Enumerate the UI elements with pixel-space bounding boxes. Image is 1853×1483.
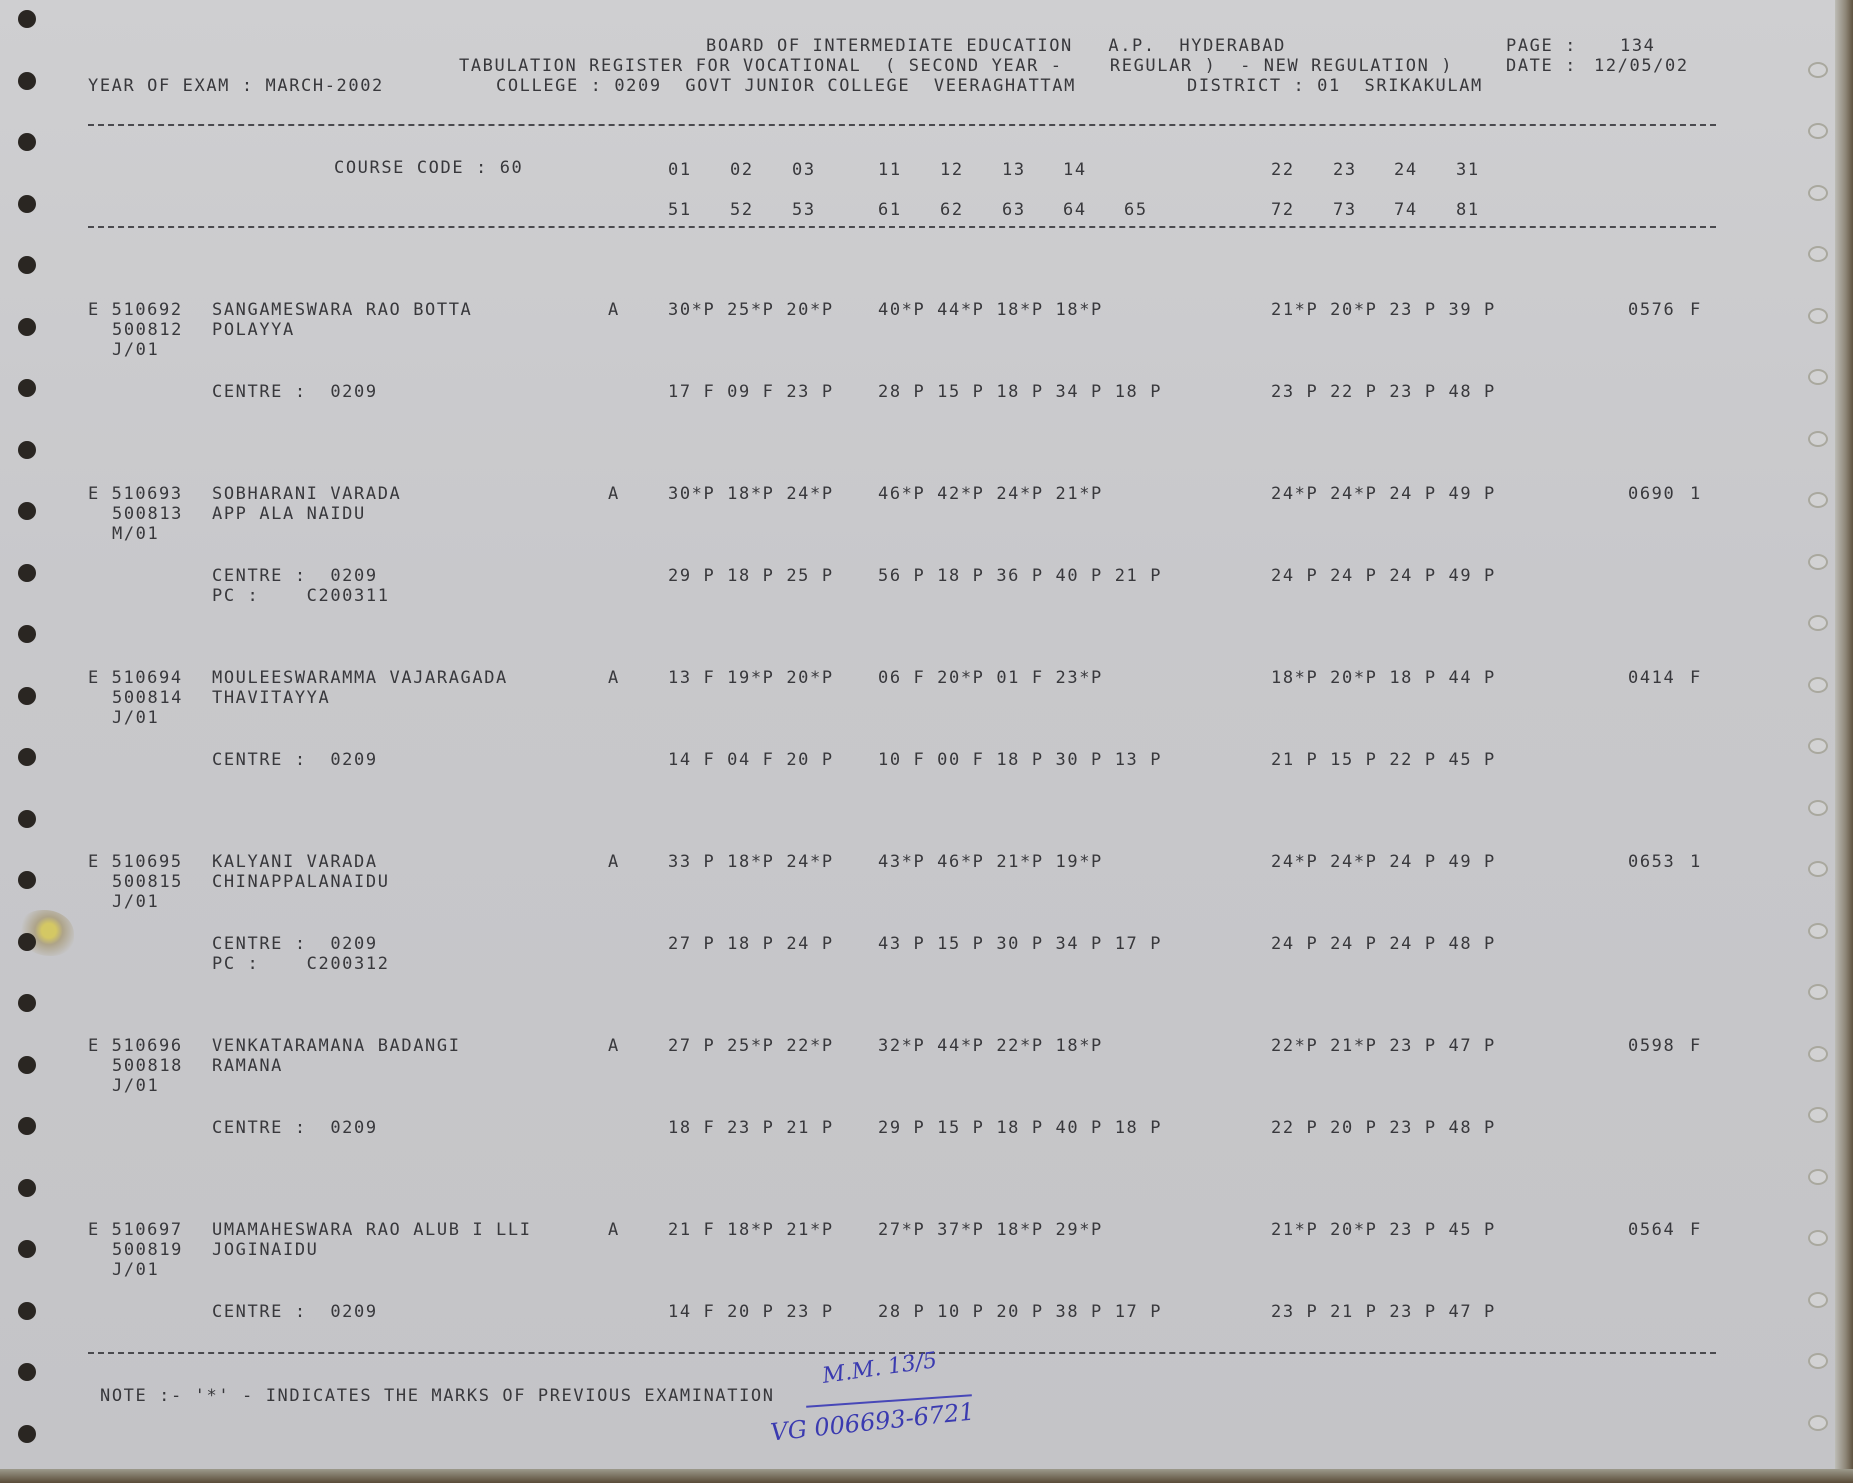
medium: A: [608, 484, 620, 504]
marks-group-3: 24 P 24 P 24 P 49 P: [1271, 566, 1496, 586]
result-code: 1: [1690, 852, 1702, 872]
grand-total: 0564: [1628, 1220, 1675, 1240]
student-name: KALYANI VARADA: [212, 852, 378, 872]
sprocket-hole-left: [18, 1363, 36, 1381]
sprocket-hole-right: [1808, 984, 1828, 1000]
result-code: 1: [1690, 484, 1702, 504]
subject-code: 62: [940, 200, 964, 220]
subject-code: 03: [792, 160, 816, 180]
sprocket-hole-left: [18, 1117, 36, 1135]
marks-group-1: 27 P 25*P 22*P: [668, 1036, 834, 1056]
sprocket-hole-left: [18, 933, 36, 951]
centre-code: CENTRE : 0209: [212, 934, 378, 954]
result-code: F: [1690, 1036, 1702, 1056]
subject-code: 12: [940, 160, 964, 180]
category-code: J/01: [112, 1076, 159, 1096]
hall-ticket-number: E 510694: [88, 668, 183, 688]
marks-group-2: 10 F 00 F 18 P 30 P 13 P: [878, 750, 1162, 770]
sprocket-hole-left: [18, 810, 36, 828]
marks-group-2: 43 P 15 P 30 P 34 P 17 P: [878, 934, 1162, 954]
parent-name: CHINAPPALANAIDU: [212, 872, 390, 892]
marks-group-2: 40*P 44*P 18*P 18*P: [878, 300, 1103, 320]
marks-group-3: 21 P 15 P 22 P 45 P: [1271, 750, 1496, 770]
subject-code: 64: [1063, 200, 1087, 220]
medium: A: [608, 1036, 620, 1056]
subject-code: 65: [1124, 200, 1148, 220]
marks-group-3: 22*P 21*P 23 P 47 P: [1271, 1036, 1496, 1056]
marks-group-1: 14 F 04 F 20 P: [668, 750, 834, 770]
sprocket-hole-right: [1808, 923, 1828, 939]
sprocket-hole-right: [1808, 369, 1828, 385]
sprocket-hole-right: [1808, 861, 1828, 877]
parent-name: JOGINAIDU: [212, 1240, 319, 1260]
marks-group-1: 21 F 18*P 21*P: [668, 1220, 834, 1240]
marks-group-1: 30*P 18*P 24*P: [668, 484, 834, 504]
subject-code: 52: [730, 200, 754, 220]
category-code: J/01: [112, 708, 159, 728]
grand-total: 0576: [1628, 300, 1675, 320]
marks-group-2: 32*P 44*P 22*P 18*P: [878, 1036, 1103, 1056]
sprocket-hole-left: [18, 1179, 36, 1197]
college-info: COLLEGE : 0209 GOVT JUNIOR COLLEGE VEERA…: [496, 76, 1076, 96]
sprocket-hole-left: [18, 195, 36, 213]
sprocket-hole-right: [1808, 431, 1828, 447]
subject-code: 23: [1333, 160, 1357, 180]
registration-number: 500813: [112, 504, 183, 524]
sprocket-hole-left: [18, 10, 36, 28]
marks-group-1: 29 P 18 P 25 P: [668, 566, 834, 586]
student-name: UMAMAHESWARA RAO ALUB I LLI: [212, 1220, 532, 1240]
registration-number: 500819: [112, 1240, 183, 1260]
subject-code: 63: [1002, 200, 1026, 220]
marks-group-2: 06 F 20*P 01 F 23*P: [878, 668, 1103, 688]
sprocket-hole-left: [18, 564, 36, 582]
registration-number: 500818: [112, 1056, 183, 1076]
sprocket-hole-right: [1808, 1107, 1828, 1123]
handwritten-ref-range: VG 006693-6721: [769, 1397, 976, 1446]
student-name: MOULEESWARAMMA VAJARAGADA: [212, 668, 508, 688]
marks-group-3: 24*P 24*P 24 P 49 P: [1271, 484, 1496, 504]
sprocket-hole-left: [18, 256, 36, 274]
subject-code: 72: [1271, 200, 1295, 220]
category-code: J/01: [112, 340, 159, 360]
category-code: M/01: [112, 524, 159, 544]
medium: A: [608, 668, 620, 688]
sprocket-hole-left: [18, 1056, 36, 1074]
centre-code: CENTRE : 0209: [212, 750, 378, 770]
marks-group-2: 43*P 46*P 21*P 19*P: [878, 852, 1103, 872]
marks-group-2: 46*P 42*P 24*P 21*P: [878, 484, 1103, 504]
marks-group-2: 56 P 18 P 36 P 40 P 21 P: [878, 566, 1162, 586]
page-label: PAGE :: [1506, 36, 1577, 56]
sprocket-hole-right: [1808, 1353, 1828, 1369]
centre-code: CENTRE : 0209: [212, 1302, 378, 1322]
marks-group-1: 13 F 19*P 20*P: [668, 668, 834, 688]
result-code: F: [1690, 300, 1702, 320]
parent-name: POLAYYA: [212, 320, 295, 340]
centre-code: CENTRE : 0209: [212, 382, 378, 402]
marks-group-2: 29 P 15 P 18 P 40 P 18 P: [878, 1118, 1162, 1138]
sprocket-hole-right: [1808, 800, 1828, 816]
subject-code: 22: [1271, 160, 1295, 180]
pc-code: PC : C200311: [212, 586, 390, 606]
sprocket-hole-left: [18, 441, 36, 459]
sprocket-hole-right: [1808, 554, 1828, 570]
board-title: BOARD OF INTERMEDIATE EDUCATION A.P. HYD…: [706, 36, 1286, 56]
sprocket-hole-left: [18, 133, 36, 151]
centre-code: CENTRE : 0209: [212, 1118, 378, 1138]
marks-group-3: 23 P 22 P 23 P 48 P: [1271, 382, 1496, 402]
district-info: DISTRICT : 01 SRIKAKULAM: [1187, 76, 1483, 96]
marks-group-3: 24*P 24*P 24 P 49 P: [1271, 852, 1496, 872]
sprocket-hole-left: [18, 1302, 36, 1320]
pc-code: PC : C200312: [212, 954, 390, 974]
hall-ticket-number: E 510692: [88, 300, 183, 320]
sprocket-hole-right: [1808, 1046, 1828, 1062]
marks-group-1: 30*P 25*P 20*P: [668, 300, 834, 320]
sprocket-hole-right: [1808, 677, 1828, 693]
sprocket-hole-left: [18, 625, 36, 643]
marks-group-1: 27 P 18 P 24 P: [668, 934, 834, 954]
sprocket-hole-left: [18, 318, 36, 336]
marks-group-1: 14 F 20 P 23 P: [668, 1302, 834, 1322]
student-name: VENKATARAMANA BADANGI: [212, 1036, 461, 1056]
sprocket-hole-right: [1808, 1292, 1828, 1308]
date-value: 12/05/02: [1594, 56, 1689, 76]
register-title: TABULATION REGISTER FOR VOCATIONAL ( SEC…: [459, 56, 1453, 76]
centre-code: CENTRE : 0209: [212, 566, 378, 586]
marks-group-2: 27*P 37*P 18*P 29*P: [878, 1220, 1103, 1240]
divider: [88, 226, 1716, 228]
registration-number: 500812: [112, 320, 183, 340]
subject-code: 73: [1333, 200, 1357, 220]
sprocket-hole-left: [18, 871, 36, 889]
sprocket-hole-left: [18, 687, 36, 705]
result-code: F: [1690, 1220, 1702, 1240]
tabulation-register-sheet: BOARD OF INTERMEDIATE EDUCATION A.P. HYD…: [0, 0, 1853, 1483]
sprocket-hole-left: [18, 1425, 36, 1443]
grand-total: 0690: [1628, 484, 1675, 504]
marks-group-3: 22 P 20 P 23 P 48 P: [1271, 1118, 1496, 1138]
year-of-exam: YEAR OF EXAM : MARCH-2002: [88, 76, 384, 96]
registration-number: 500815: [112, 872, 183, 892]
sprocket-hole-left: [18, 748, 36, 766]
medium: A: [608, 1220, 620, 1240]
sprocket-hole-left: [18, 994, 36, 1012]
sprocket-hole-left: [18, 502, 36, 520]
parent-name: THAVITAYYA: [212, 688, 330, 708]
sprocket-hole-left: [18, 379, 36, 397]
sprocket-hole-right: [1808, 1169, 1828, 1185]
marks-group-3: 18*P 20*P 18 P 44 P: [1271, 668, 1496, 688]
sprocket-hole-right: [1808, 246, 1828, 262]
hall-ticket-number: E 510693: [88, 484, 183, 504]
student-name: SANGAMESWARA RAO BOTTA: [212, 300, 472, 320]
marks-group-3: 21*P 20*P 23 P 39 P: [1271, 300, 1496, 320]
sprocket-hole-right: [1808, 492, 1828, 508]
sprocket-hole-right: [1808, 1415, 1828, 1431]
marks-group-3: 21*P 20*P 23 P 45 P: [1271, 1220, 1496, 1240]
marks-group-1: 17 F 09 F 23 P: [668, 382, 834, 402]
subject-code: 31: [1456, 160, 1480, 180]
sprocket-hole-right: [1808, 738, 1828, 754]
footer-note: NOTE :- '*' - INDICATES THE MARKS OF PRE…: [100, 1386, 775, 1406]
category-code: J/01: [112, 892, 159, 912]
paper-edge: [1835, 0, 1853, 1483]
sprocket-hole-right: [1808, 615, 1828, 631]
subject-code: 11: [878, 160, 902, 180]
marks-group-1: 18 F 23 P 21 P: [668, 1118, 834, 1138]
parent-name: APP ALA NAIDU: [212, 504, 366, 524]
subject-code: 81: [1456, 200, 1480, 220]
sprocket-hole-right: [1808, 62, 1828, 78]
category-code: J/01: [112, 1260, 159, 1280]
subject-code: 53: [792, 200, 816, 220]
marks-group-2: 28 P 10 P 20 P 38 P 17 P: [878, 1302, 1162, 1322]
hall-ticket-number: E 510696: [88, 1036, 183, 1056]
subject-code: 02: [730, 160, 754, 180]
subject-code: 24: [1394, 160, 1418, 180]
sprocket-hole-left: [18, 72, 36, 90]
page-number: 134: [1620, 36, 1656, 56]
sprocket-hole-right: [1808, 1230, 1828, 1246]
subject-code: 01: [668, 160, 692, 180]
subject-code: 13: [1002, 160, 1026, 180]
subject-code: 14: [1063, 160, 1087, 180]
sprocket-hole-right: [1808, 308, 1828, 324]
hall-ticket-number: E 510695: [88, 852, 183, 872]
medium: A: [608, 300, 620, 320]
sprocket-hole-right: [1808, 185, 1828, 201]
sprocket-hole-left: [18, 1240, 36, 1258]
marks-group-3: 23 P 21 P 23 P 47 P: [1271, 1302, 1496, 1322]
marks-group-3: 24 P 24 P 24 P 48 P: [1271, 934, 1496, 954]
hall-ticket-number: E 510697: [88, 1220, 183, 1240]
registration-number: 500814: [112, 688, 183, 708]
marks-group-1: 33 P 18*P 24*P: [668, 852, 834, 872]
grand-total: 0414: [1628, 668, 1675, 688]
date-label: DATE :: [1506, 56, 1577, 76]
sprocket-hole-right: [1808, 123, 1828, 139]
marks-group-2: 28 P 15 P 18 P 34 P 18 P: [878, 382, 1162, 402]
student-name: SOBHARANI VARADA: [212, 484, 401, 504]
handwritten-initials: M.M. 13/5: [821, 1348, 939, 1389]
medium: A: [608, 852, 620, 872]
result-code: F: [1690, 668, 1702, 688]
grand-total: 0598: [1628, 1036, 1675, 1056]
subject-code: 74: [1394, 200, 1418, 220]
grand-total: 0653: [1628, 852, 1675, 872]
subject-code: 61: [878, 200, 902, 220]
parent-name: RAMANA: [212, 1056, 283, 1076]
subject-code: 51: [668, 200, 692, 220]
course-code: COURSE CODE : 60: [334, 158, 523, 178]
divider: [88, 124, 1716, 126]
